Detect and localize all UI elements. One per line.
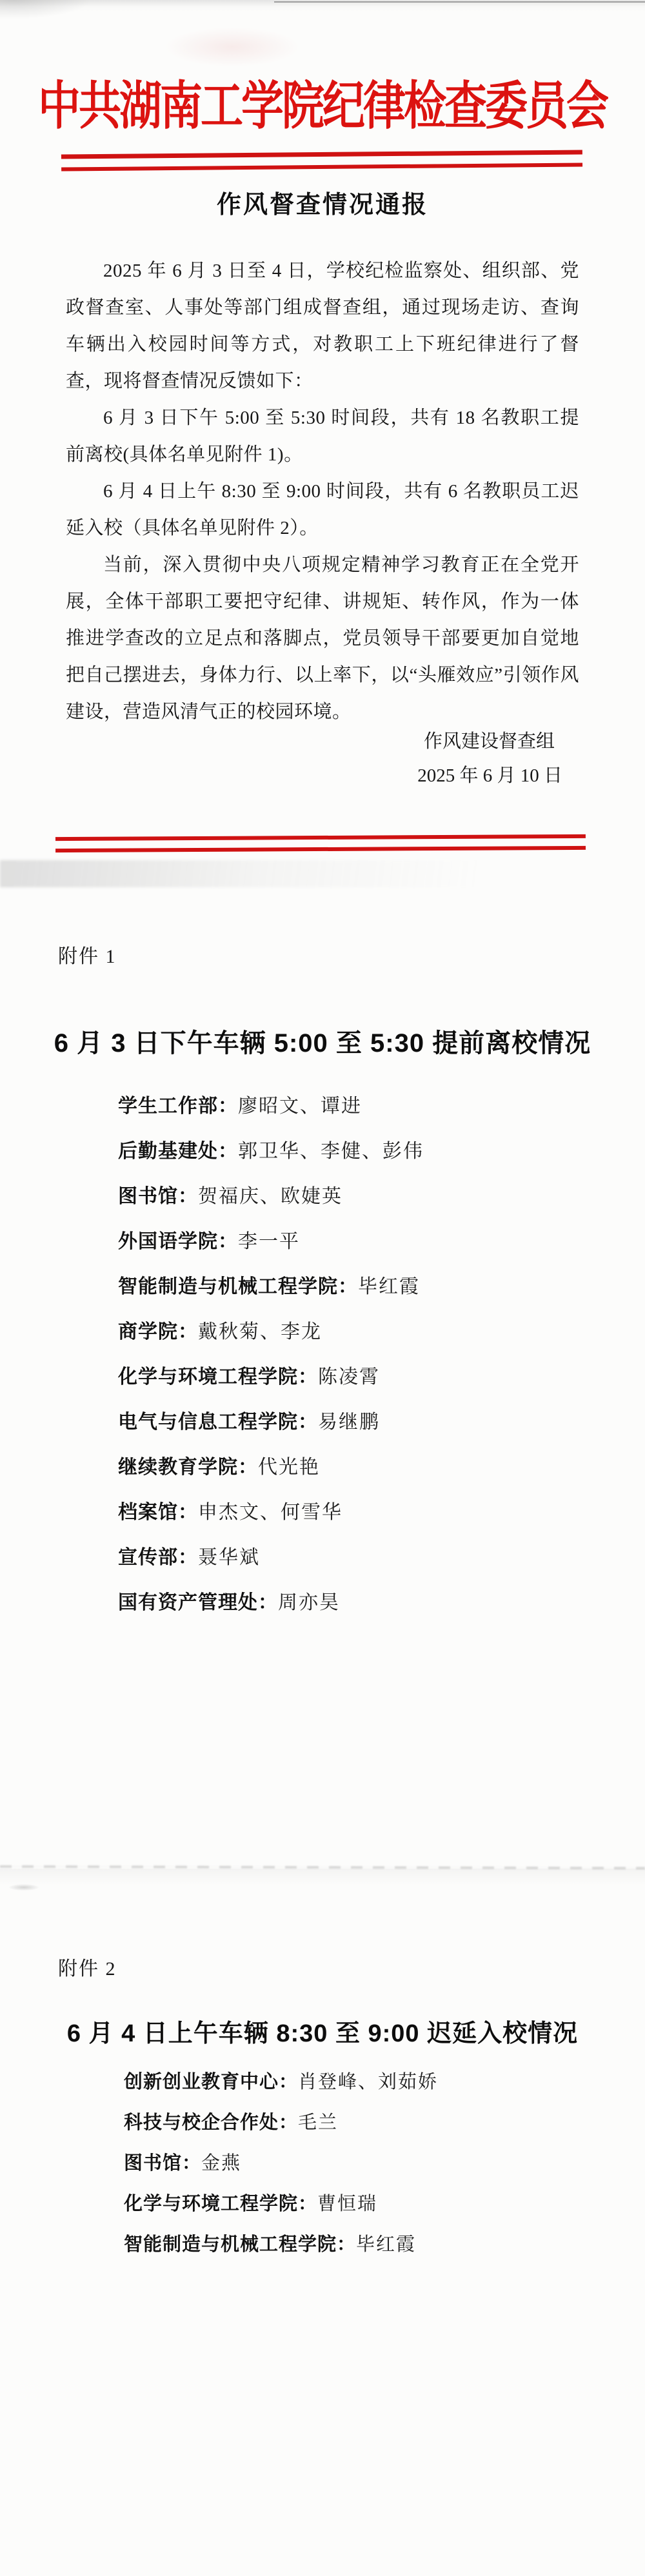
attachment2-label: 附件 2: [58, 1952, 117, 1981]
person-names: 曹恒瑞: [317, 2194, 377, 2214]
department-name: 档案馆：: [118, 1502, 198, 1523]
department-name: 电气与信息工程学院：: [118, 1411, 318, 1433]
person-names: 李一平: [238, 1231, 300, 1252]
list-item: 图书馆：贺福庆、欧婕英: [118, 1180, 424, 1225]
letterhead-title: 中共湖南工学院纪律检查委员会: [0, 81, 645, 133]
department-name: 智能制造与机械工程学院：: [124, 2234, 356, 2255]
list-item: 档案馆：申杰文、何雪华: [118, 1496, 424, 1541]
scan-page-seam-shadow: [0, 860, 584, 887]
department-name: 智能制造与机械工程学院：: [118, 1276, 358, 1297]
list-item: 智能制造与机械工程学院：毕红霞: [118, 1270, 424, 1315]
list-item: 国有资产管理处：周亦昊: [118, 1586, 424, 1631]
department-name: 学生工作部：: [118, 1096, 238, 1117]
attachment1-label: 附件 1: [58, 940, 117, 968]
paragraph-2: 6 月 3 日下午 5:00 至 5:30 时间段，共有 18 名教职工提前离校…: [66, 400, 579, 473]
list-item: 宣传部：聂华斌: [118, 1541, 424, 1586]
department-name: 创新创业教育中心：: [124, 2072, 298, 2092]
list-item: 化学与环境工程学院：曹恒瑞: [124, 2189, 438, 2230]
attachment1-list: 学生工作部：廖昭文、谭进 后勤基建处：郭卫华、李健、彭伟 图书馆：贺福庆、欧婕英…: [118, 1090, 424, 1631]
scan-ink-smudge: [164, 27, 300, 67]
list-item: 图书馆：金燕: [124, 2148, 438, 2189]
department-name: 宣传部：: [118, 1547, 198, 1568]
scan-speck: [9, 1884, 39, 1891]
person-names: 毕红霞: [358, 1276, 420, 1297]
list-item: 商学院：戴秋菊、李龙: [118, 1315, 424, 1361]
document-title: 作风督查情况通报: [0, 184, 645, 220]
person-names: 金燕: [201, 2153, 241, 2174]
list-item: 后勤基建处：郭卫华、李健、彭伟: [118, 1135, 424, 1180]
department-name: 国有资产管理处：: [118, 1592, 278, 1613]
person-names: 毛兰: [298, 2112, 338, 2133]
department-name: 化学与环境工程学院：: [118, 1366, 318, 1388]
signature-date: 2025 年 6 月 10 日: [417, 759, 562, 793]
person-names: 肖登峰、刘茹娇: [298, 2072, 438, 2092]
attachment2-title: 6 月 4 日上午车辆 8:30 至 9:00 迟延入校情况: [0, 2013, 645, 2049]
notice-body: 2025 年 6 月 3 日至 4 日，学校纪检监察处、组织部、党政督查室、人事…: [66, 253, 579, 731]
person-names: 陈凌霄: [318, 1366, 380, 1388]
list-item: 化学与环境工程学院：陈凌霄: [118, 1361, 424, 1406]
paragraph-4: 当前，深入贯彻中央八项规定精神学习教育正在全党开展，全体干部职工要把守纪律、讲规…: [66, 547, 579, 731]
scan-top-edge-line: [274, 1, 645, 3]
person-names: 易继鹏: [318, 1411, 380, 1433]
department-name: 图书馆：: [118, 1186, 198, 1207]
list-item: 智能制造与机械工程学院：毕红霞: [124, 2230, 438, 2270]
attachment1-title: 6 月 3 日下午车辆 5:00 至 5:30 提前离校情况: [0, 1023, 645, 1059]
department-name: 继续教育学院：: [118, 1457, 258, 1478]
scan-page-seam-shadow: [0, 1869, 645, 1885]
person-names: 申杰文、何雪华: [198, 1502, 342, 1523]
person-names: 戴秋菊、李龙: [198, 1321, 322, 1342]
list-item: 创新创业教育中心：肖登峰、刘茹娇: [124, 2067, 438, 2108]
signature-block: 作风建设督查组 2025 年 6 月 10 日: [417, 725, 562, 793]
list-item: 继续教育学院：代光艳: [118, 1451, 424, 1496]
scan-corner-smudge: [0, 0, 90, 19]
person-names: 代光艳: [258, 1457, 320, 1478]
department-name: 后勤基建处：: [118, 1141, 238, 1162]
list-item: 外国语学院：李一平: [118, 1225, 424, 1270]
paragraph-3: 6 月 4 日上午 8:30 至 9:00 时间段，共有 6 名教职员工迟延入校…: [66, 473, 579, 547]
person-names: 毕红霞: [356, 2234, 416, 2255]
list-item: 科技与校企合作处：毛兰: [124, 2108, 438, 2148]
department-name: 外国语学院：: [118, 1231, 238, 1252]
person-names: 聂华斌: [198, 1547, 260, 1568]
list-item: 学生工作部：廖昭文、谭进: [118, 1090, 424, 1135]
letterhead-double-rule: [61, 150, 582, 171]
department-name: 科技与校企合作处：: [124, 2112, 298, 2133]
attachment2-list: 创新创业教育中心：肖登峰、刘茹娇 科技与校企合作处：毛兰 图书馆：金燕 化学与环…: [124, 2067, 438, 2270]
department-name: 图书馆：: [124, 2153, 201, 2174]
signature-org: 作风建设督查组: [417, 725, 562, 759]
person-names: 廖昭文、谭进: [238, 1096, 362, 1117]
page-footer-double-rule: [55, 834, 586, 852]
person-names: 贺福庆、欧婕英: [198, 1186, 342, 1207]
department-name: 化学与环境工程学院：: [124, 2194, 317, 2214]
paragraph-1: 2025 年 6 月 3 日至 4 日，学校纪检监察处、组织部、党政督查室、人事…: [66, 253, 579, 400]
person-names: 周亦昊: [278, 1592, 340, 1613]
document-page: 中共湖南工学院纪律检查委员会 作风督查情况通报 2025 年 6 月 3 日至 …: [0, 0, 645, 2576]
person-names: 郭卫华、李健、彭伟: [238, 1141, 424, 1162]
department-name: 商学院：: [118, 1321, 198, 1342]
list-item: 电气与信息工程学院：易继鹏: [118, 1406, 424, 1451]
